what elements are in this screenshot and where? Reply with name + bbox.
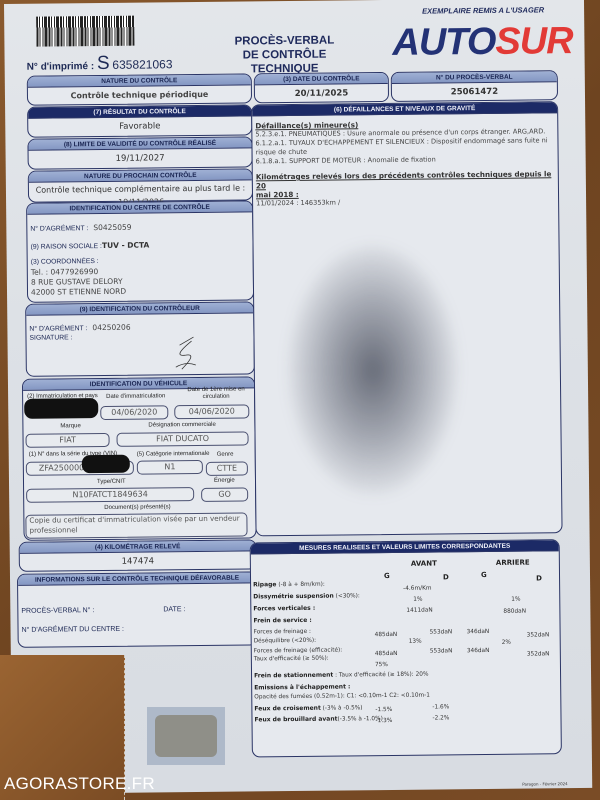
dissym-limit: (<30%):: [336, 593, 360, 599]
fe-avant-d: 553daN: [430, 648, 453, 654]
mesures-header: MESURES REALISEES ET VALEURS LIMITES COR…: [251, 540, 559, 554]
type-label: Type/CNIT: [97, 479, 126, 485]
croisement-g: -1.5%: [375, 707, 392, 713]
date-controle-box: (3) DATE DU CONTRÔLE 20/11/2025: [254, 72, 389, 103]
forces-vert-avant: 1411daN: [406, 608, 432, 614]
ripage-value: -4.6m/Km: [403, 586, 431, 592]
printer-footer: Paragon - Février 2024: [522, 781, 568, 786]
date-immat-field: 04/06/2020: [100, 405, 168, 420]
croisement-label: Feux de croisement: [254, 705, 320, 713]
premiere-field: 04/06/2020: [174, 404, 249, 419]
resultat-box: (7) RÉSULTAT DU CONTRÔLE Favorable: [27, 104, 252, 137]
avant-d: D: [443, 573, 449, 581]
emissions-label: Emissions à l'échappement :: [254, 683, 350, 691]
km-history: 11/01/2024 : 146353km /: [256, 196, 555, 208]
centre-box: IDENTIFICATION DU CENTRE DE CONTRÔLE N° …: [26, 200, 254, 302]
stationnement-label: Frein de stationnement: [254, 672, 333, 680]
documents-field: Copie du certificat d'immatriculation vi…: [25, 512, 247, 538]
desequilibre-label: Déséquilibre (<20%):: [254, 638, 316, 645]
energie-label: Énergie: [214, 478, 235, 484]
fe-arriere-d: 352daN: [527, 651, 550, 657]
nature-box: NATURE DU CONTRÔLE Contrôle technique pé…: [27, 73, 252, 105]
ff-avant-d: 553daN: [430, 629, 453, 635]
ff-arriere-g: 346daN: [467, 629, 490, 635]
brouillard-label: Feux de brouillard avant: [254, 716, 337, 724]
dissym-avant: 1%: [413, 597, 422, 603]
limite-value: 19/11/2027: [29, 148, 252, 164]
date-immat-label: Date d'immatriculation: [106, 393, 165, 400]
redacted-plate: [24, 398, 98, 419]
arriere-d: D: [536, 574, 542, 582]
logo-auto: AUTO: [392, 21, 495, 64]
premiere-label: Date de 1ère mise en circulation: [186, 386, 246, 401]
date-controle-value: 20/11/2025: [255, 84, 388, 99]
opacite-value: Opacité des fumées (0.52m-1): C1: <0.10m…: [254, 693, 430, 701]
defavorable-box: INFORMATIONS SUR LE CONTRÔLE TECHNIQUE D…: [17, 571, 258, 648]
limite-box: (8) LIMITE DE VALIDITÉ DU CONTRÔLE RÉALI…: [27, 136, 252, 169]
brouillard-d: -2.2%: [432, 715, 449, 721]
prochain-value: Contrôle technique complémentaire au plu…: [29, 180, 252, 194]
defavorable-pv-label: PROCÈS-VERBAL N° :: [21, 607, 94, 615]
defavorable-date-label: DATE :: [163, 606, 185, 613]
marque-field: FIAT: [26, 433, 110, 448]
ff-avant-g: 485daN: [375, 632, 398, 638]
hologram-sticker: [147, 707, 225, 765]
deseq-avant: 13%: [409, 639, 422, 645]
ff-arriere-d: 352daN: [527, 632, 550, 638]
title-line-1: PROCÈS-VERBAL: [209, 33, 359, 49]
arriere-g: G: [481, 571, 487, 579]
kilometrage-box: (4) KILOMÉTRAGE RELEVÉ 147474: [19, 539, 257, 571]
centre-agrement-value: S0425059: [93, 223, 131, 232]
brouillard-g: -1.3%: [375, 718, 392, 724]
centre-address-2: 42000 ST ETIENNE NORD: [31, 285, 253, 297]
controleur-box: (9) IDENTIFICATION DU CONTRÔLEUR N° D'AG…: [25, 301, 255, 376]
croisement-limit: (-3% à -0.5%): [323, 705, 363, 711]
arriere-label: ARRIERE: [496, 559, 530, 567]
taux-eff-value: 75%: [375, 662, 388, 668]
signature-icon: [161, 331, 211, 374]
forces-eff-label: Forces de freinage (efficacité):: [254, 647, 343, 654]
controleur-agrement-value: 04250206: [92, 323, 130, 332]
redacted-vin: [82, 455, 130, 474]
copy-notice: EXEMPLAIRE REMIS A L'USAGER: [422, 5, 544, 15]
defavorable-agrement-label: N° D'AGRÉMENT DU CENTRE :: [22, 626, 124, 634]
imprime-label: N° d'imprimé :: [27, 61, 95, 73]
redacted-blur: [287, 244, 460, 496]
document-title: PROCÈS-VERBAL DE CONTRÔLE TECHNIQUE: [209, 33, 359, 77]
nature-value: Contrôle technique périodique: [28, 85, 251, 100]
ripage-limit: (-8 à + 8m/km):: [278, 582, 325, 588]
imprime-value: 635821063: [112, 57, 172, 72]
barcode: [36, 16, 134, 47]
dissym-arriere: 1%: [511, 597, 520, 603]
num-pv-box: N° DU PROCÈS-VERBAL 25061472: [391, 70, 558, 102]
categorie-label: (5) Catégorie internationale: [137, 451, 210, 458]
frein-service-label: Frein de service :: [253, 617, 311, 625]
imprime-prefix: S: [97, 53, 110, 74]
deseq-arriere: 2%: [502, 640, 511, 646]
ripage-label: Ripage: [253, 581, 276, 588]
centre-agrement-label: N° D'AGRÉMENT :: [30, 225, 88, 233]
imprime-number: N° d'imprimé : S 635821063: [27, 52, 173, 76]
controleur-agrement-label: N° D'AGRÉMENT :: [29, 325, 87, 333]
fe-arriere-g: 346daN: [467, 648, 490, 654]
forces-freinage-label: Forces de freinage :: [254, 629, 311, 636]
dissym-label: Dissymétrie suspension: [253, 593, 334, 601]
genre-field: CTTE: [206, 461, 248, 475]
categorie-field: N1: [137, 460, 203, 475]
resultat-value: Favorable: [28, 116, 251, 132]
forces-vert-label: Forces verticales :: [253, 605, 315, 613]
defavorable-header: INFORMATIONS SUR LE CONTRÔLE TECHNIQUE D…: [18, 572, 256, 585]
genre-label: Genre: [217, 452, 234, 458]
designation-field: FIAT DUCATO: [116, 431, 248, 446]
taux-eff-label: Taux d'efficacité (≥ 50%):: [254, 656, 329, 663]
forces-vert-arriere: 880daN: [503, 609, 526, 615]
stationnement-value: : Taux d'efficacité (≥ 18%): 20%: [335, 672, 428, 679]
watermark: AGORASTORE.FR: [4, 774, 155, 794]
raison-value: TUV - DCTA: [102, 240, 150, 249]
avant-label: AVANT: [411, 559, 437, 567]
kilometrage-value: 147474: [20, 551, 256, 567]
croisement-d: -1.6%: [432, 704, 449, 710]
logo-sur: SUR: [495, 20, 573, 63]
energie-field: GO: [201, 487, 248, 501]
fe-avant-g: 485daN: [375, 651, 398, 657]
documents-label: Document(s) présenté(s): [104, 504, 170, 511]
signature-label: SIGNATURE :: [29, 331, 253, 342]
marque-label: Marque: [60, 423, 80, 429]
autosur-logo: AUTOSUR: [392, 20, 573, 65]
type-field: N10FATCT1849634: [26, 487, 194, 503]
raison-label: (9) RAISON SOCIALE :: [31, 243, 102, 251]
num-pv-value: 25061472: [392, 82, 557, 98]
mesures-box: MESURES REALISEES ET VALEURS LIMITES COR…: [250, 539, 562, 757]
designation-label: Désignation commerciale: [148, 422, 215, 429]
avant-g: G: [384, 572, 390, 580]
